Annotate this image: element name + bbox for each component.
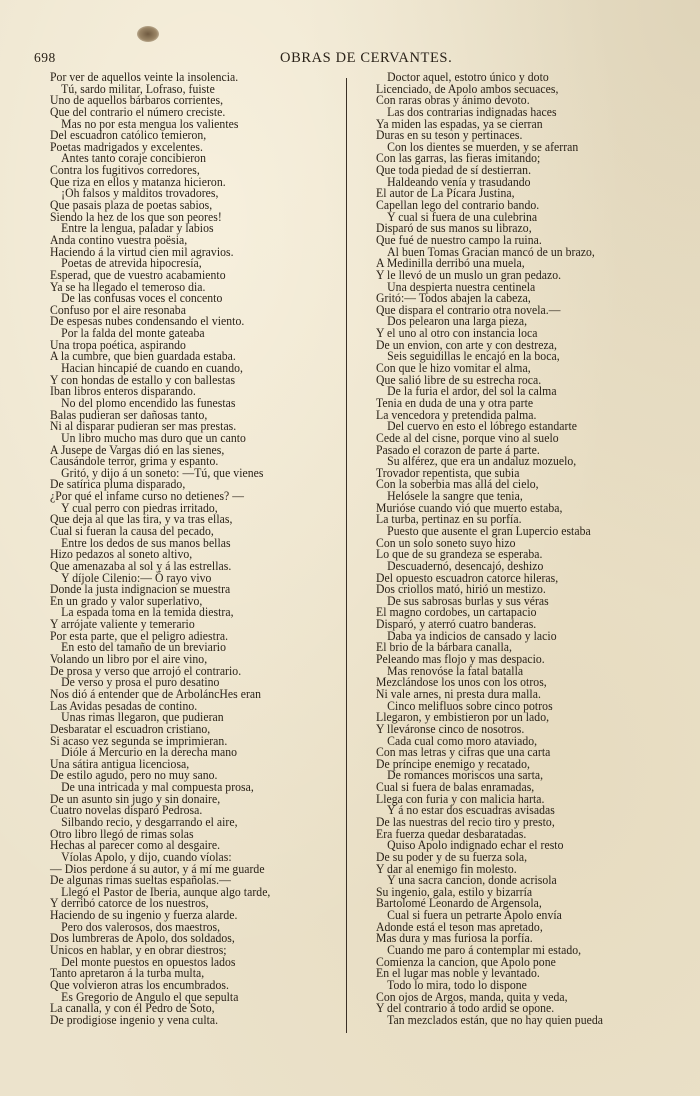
paper-stain: [137, 26, 159, 42]
verse-line: Tan mezclados están, que no hay quien pu…: [376, 1015, 674, 1027]
verse-line: De prodigiose ingenio y vena culta.: [50, 1015, 322, 1027]
page-header: 698 OBRAS DE CERVANTES.: [0, 50, 700, 68]
column-divider: [346, 78, 347, 1033]
left-column: Por ver de aquellos veinte la insolencia…: [50, 72, 342, 1027]
right-column: Doctor aquel, estotro único y dotoLicenc…: [376, 72, 696, 1027]
running-title: OBRAS DE CERVANTES.: [280, 50, 452, 67]
page-number: 698: [34, 50, 56, 66]
